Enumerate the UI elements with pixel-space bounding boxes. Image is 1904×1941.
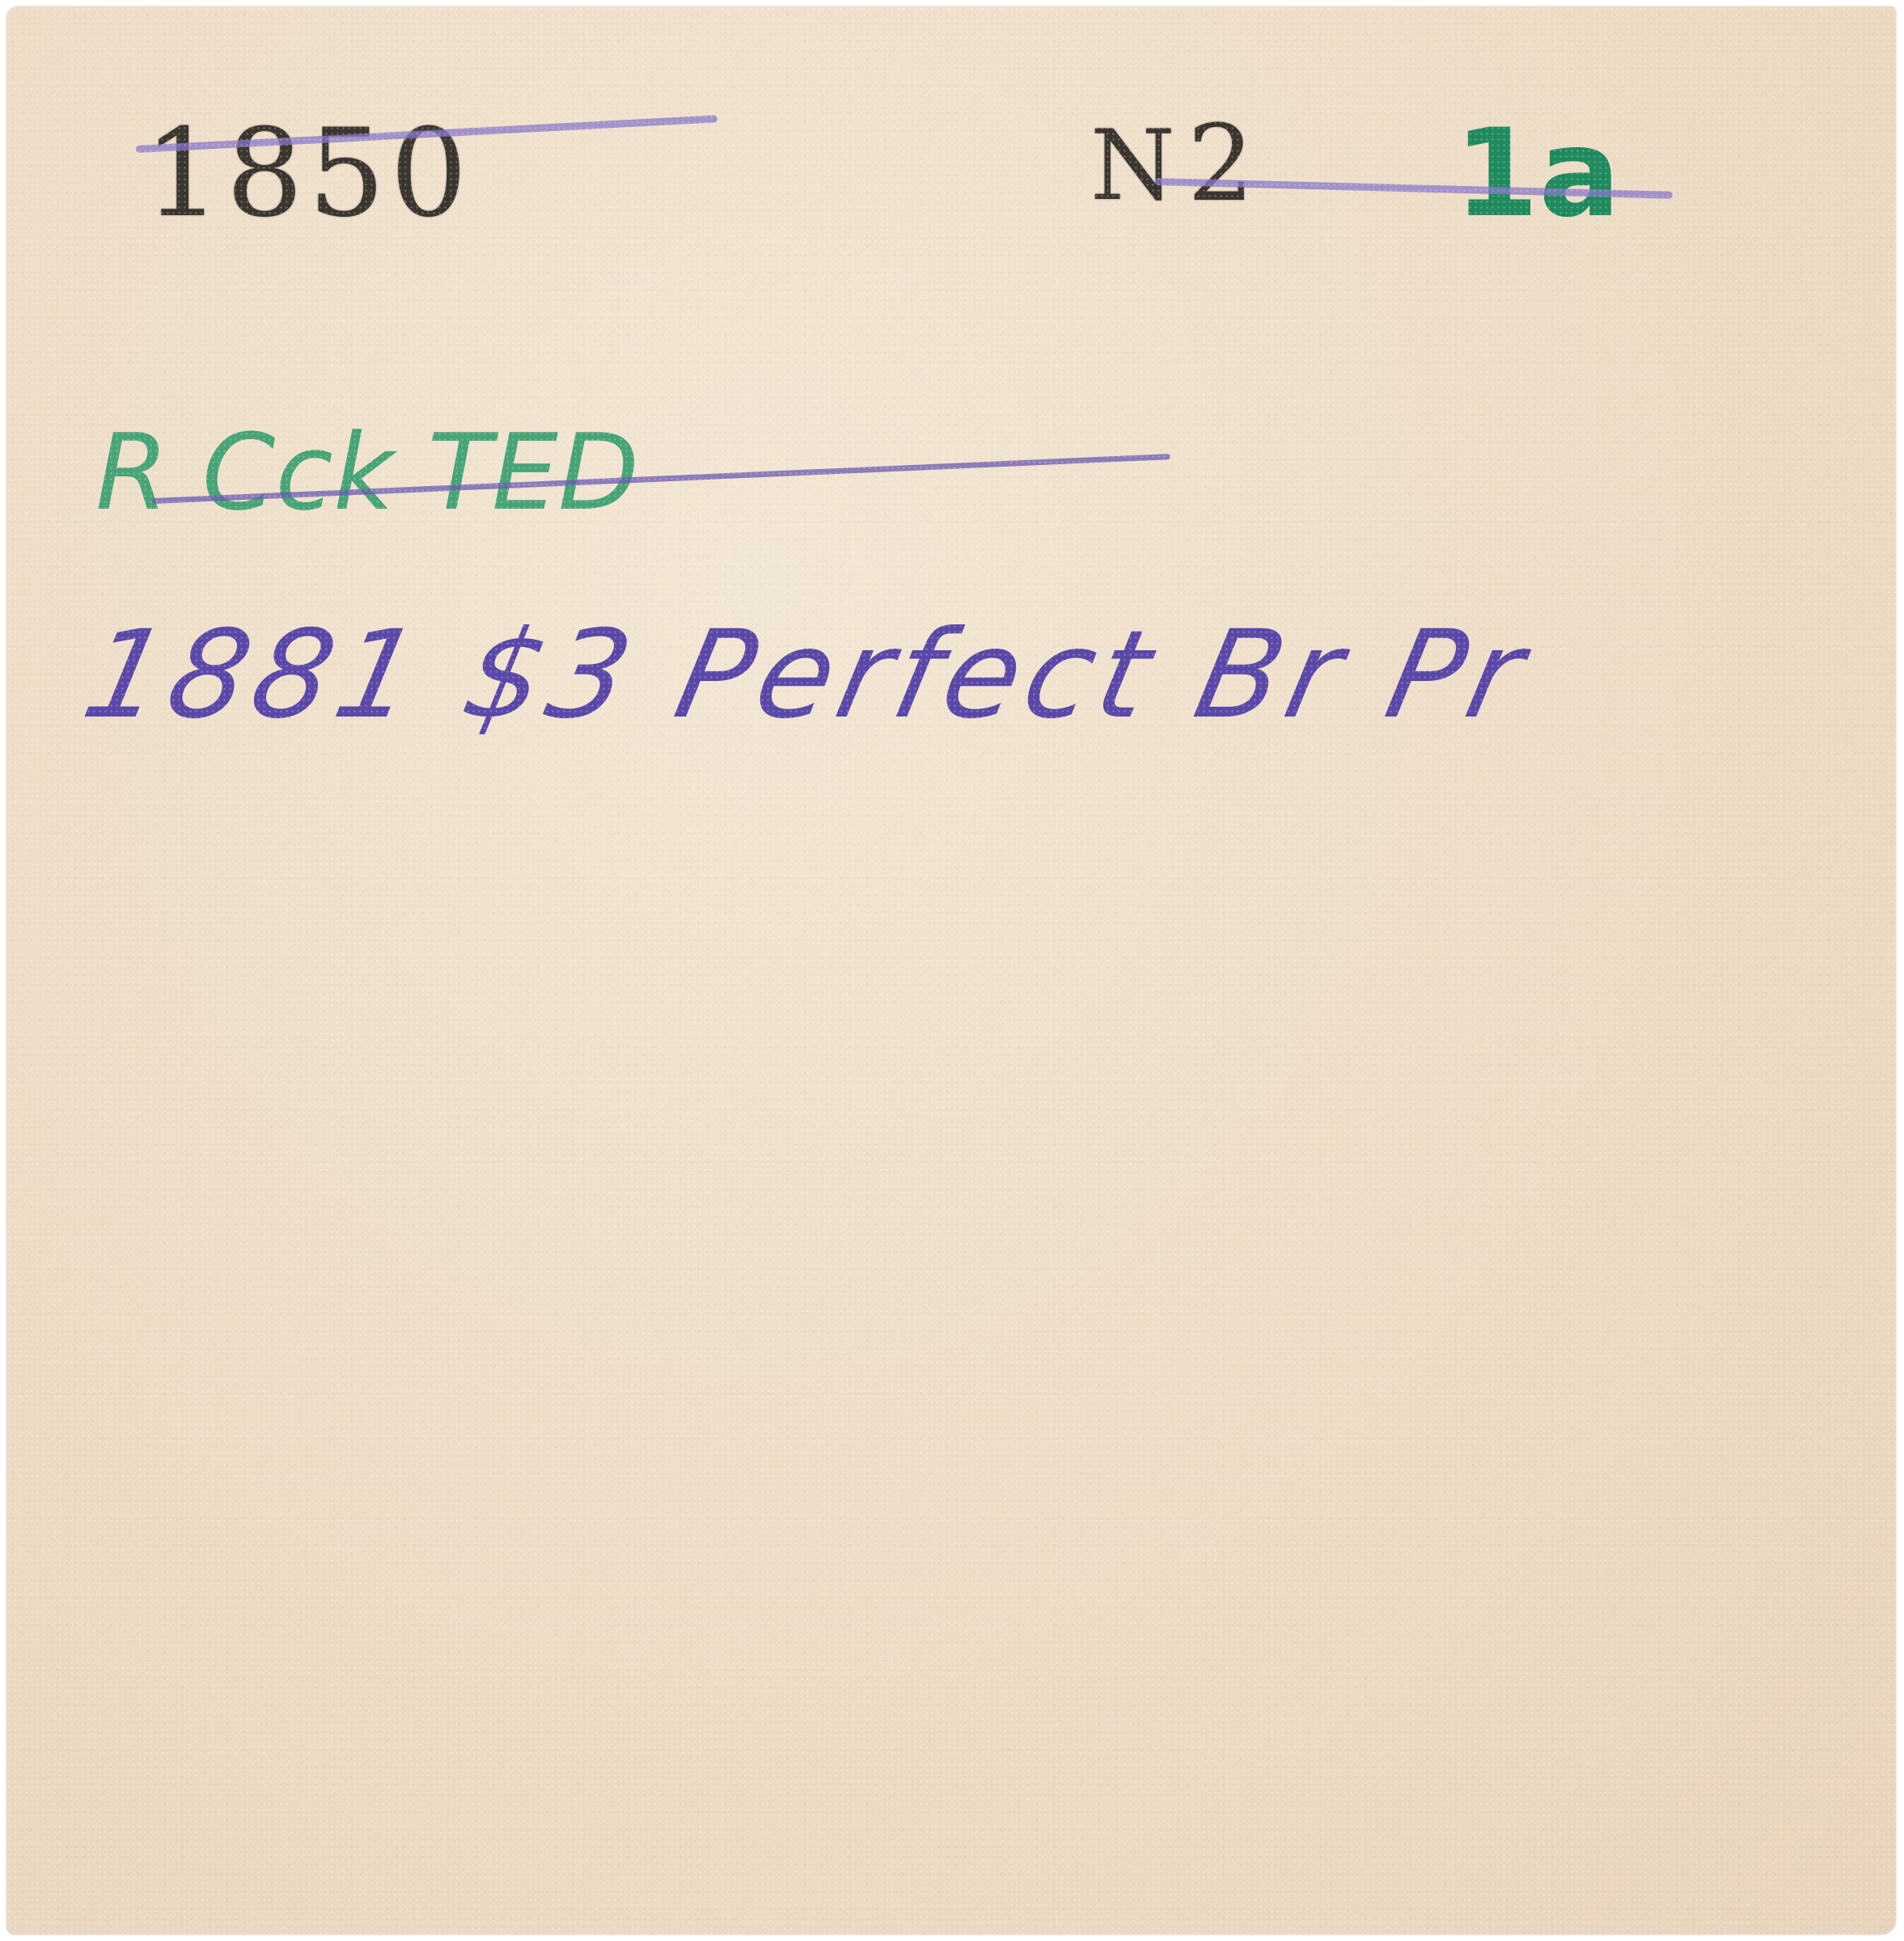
typed-number: 2 bbox=[1187, 102, 1259, 225]
handwritten-line-green: R Cck TED bbox=[95, 411, 639, 534]
typed-number-prefix: N bbox=[1090, 110, 1180, 222]
coin-envelope: 1850 N 2 1a R Cck TED 1881 $3 Perfect Br… bbox=[6, 6, 1896, 1935]
typed-year: 1850 bbox=[144, 104, 472, 244]
handwritten-number: 1a bbox=[1454, 104, 1621, 244]
handwritten-line-purple: 1881 $3 Perfect Br Pr bbox=[73, 605, 1542, 746]
